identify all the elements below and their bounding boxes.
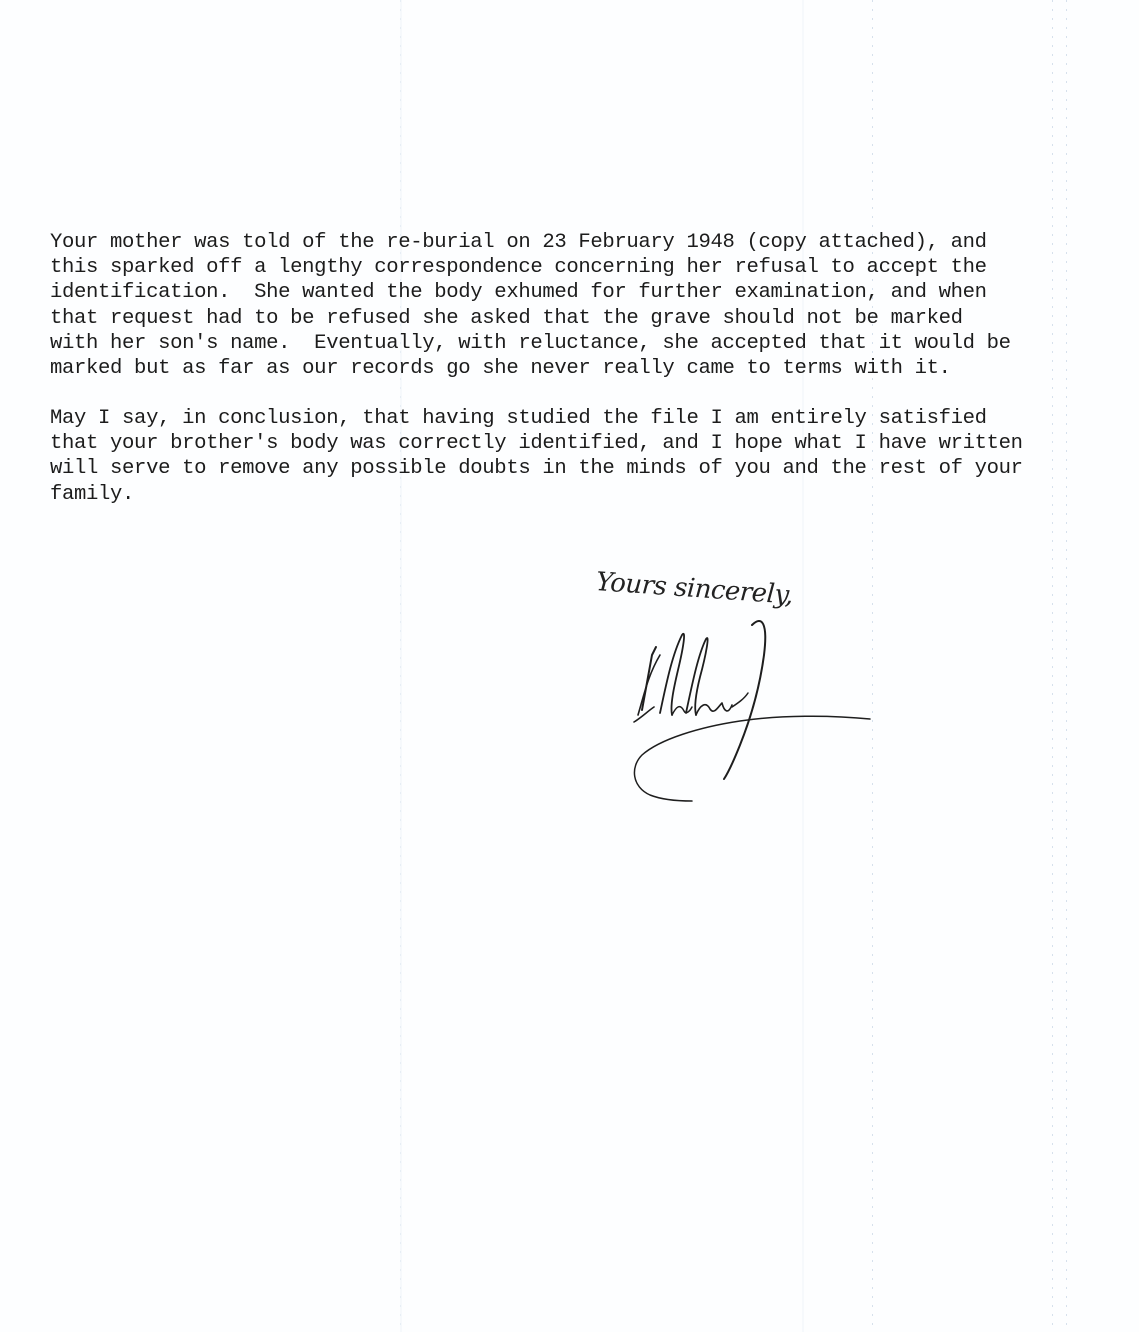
text-line: May I say, in conclusion, that having st… <box>50 407 987 430</box>
closing-salutation: Yours sincerely, <box>595 567 794 611</box>
text-line: this sparked off a lengthy correspondenc… <box>50 256 987 279</box>
letter-page: Your mother was told of the re-burial on… <box>0 0 1139 1332</box>
text-line: with her son's name. Eventually, with re… <box>50 332 1011 355</box>
body-paragraph-conclusion: May I say, in conclusion, that having st… <box>50 406 1023 507</box>
body-paragraph-reburial: Your mother was told of the re-burial on… <box>50 230 1011 381</box>
text-line: Your mother was told of the re-burial on… <box>50 231 987 254</box>
text-line: family. <box>50 483 134 506</box>
text-line: that request had to be refused she asked… <box>50 307 963 330</box>
scan-artifact-line <box>1052 0 1053 1332</box>
text-line: identification. She wanted the body exhu… <box>50 281 987 304</box>
text-line: that your brother's body was correctly i… <box>50 432 1023 455</box>
text-line: marked but as far as our records go she … <box>50 357 951 380</box>
scan-artifact-line <box>1066 0 1067 1332</box>
handwritten-signature-icon <box>620 615 880 815</box>
text-line: will serve to remove any possible doubts… <box>50 457 1023 480</box>
scan-artifact-line <box>400 0 401 1332</box>
